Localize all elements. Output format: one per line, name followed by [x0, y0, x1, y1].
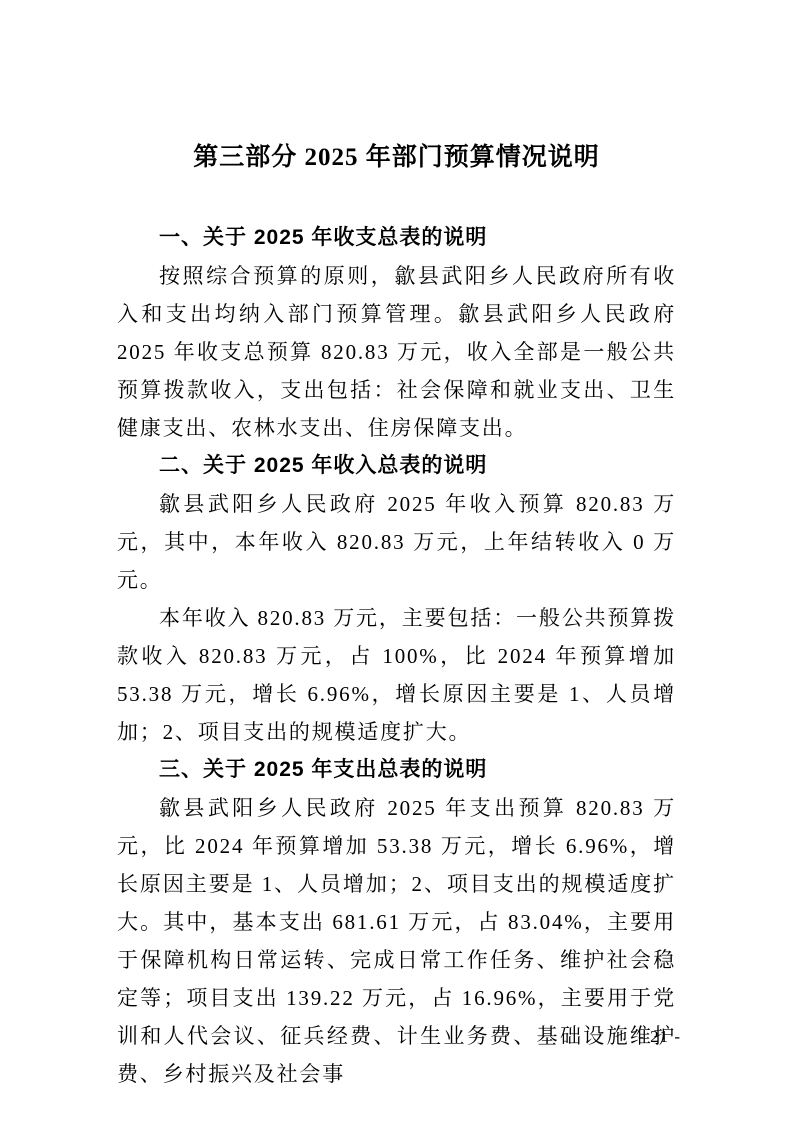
- section-1-heading: 一、关于 2025 年收支总表的说明: [117, 219, 676, 257]
- section-3-heading: 三、关于 2025 年支出总表的说明: [117, 751, 676, 789]
- page-number: - 21 -: [638, 1026, 681, 1048]
- section-3-paragraph-1: 歙县武阳乡人民政府 2025 年支出预算 820.83 万元，比 2024 年预…: [117, 789, 676, 1093]
- section-income-summary: 二、关于 2025 年收入总表的说明 歙县武阳乡人民政府 2025 年收入预算 …: [117, 447, 676, 751]
- document-page: 第三部分 2025 年部门预算情况说明 一、关于 2025 年收支总表的说明 按…: [0, 0, 793, 1122]
- section-2-paragraph-2: 本年收入 820.83 万元，主要包括：一般公共预算拨款收入 820.83 万元…: [117, 599, 676, 751]
- section-expenditure-summary: 三、关于 2025 年支出总表的说明 歙县武阳乡人民政府 2025 年支出预算 …: [117, 751, 676, 1093]
- section-1-paragraph-1: 按照综合预算的原则，歙县武阳乡人民政府所有收入和支出均纳入部门预算管理。歙县武阳…: [117, 257, 676, 447]
- document-content: 第三部分 2025 年部门预算情况说明 一、关于 2025 年收支总表的说明 按…: [0, 141, 793, 1093]
- section-2-paragraph-1: 歙县武阳乡人民政府 2025 年收入预算 820.83 万元，其中，本年收入 8…: [117, 485, 676, 599]
- section-2-heading: 二、关于 2025 年收入总表的说明: [117, 447, 676, 485]
- document-title: 第三部分 2025 年部门预算情况说明: [117, 141, 676, 175]
- section-revenue-expenditure-summary: 一、关于 2025 年收支总表的说明 按照综合预算的原则，歙县武阳乡人民政府所有…: [117, 219, 676, 447]
